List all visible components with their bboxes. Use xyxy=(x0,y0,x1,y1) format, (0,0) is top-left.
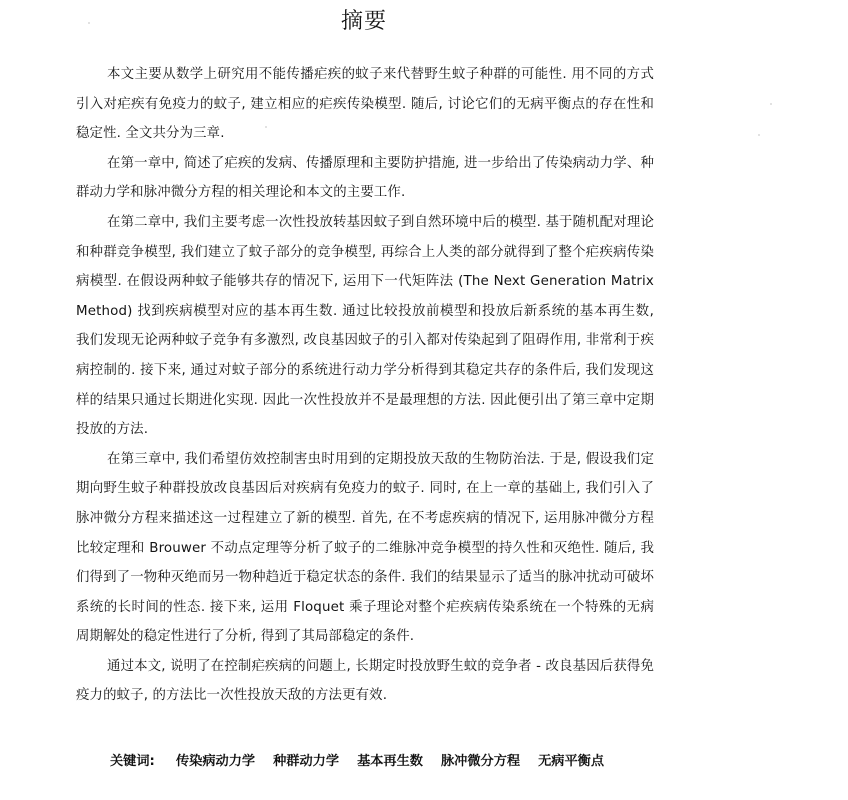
keyword-item: 传染病动力学 xyxy=(176,750,255,769)
abstract-paragraph-intro: 本文主要从数学上研究用不能传播疟疾的蚊子来代替野生蚊子种群的可能性. 用不同的方… xyxy=(76,60,654,149)
abstract-title: 摘要 xyxy=(0,7,728,37)
document-page: 摘要 本文主要从数学上研究用不能传播疟疾的蚊子来代替野生蚊子种群的可能性. 用不… xyxy=(0,0,848,800)
keyword-item: 基本再生数 xyxy=(357,750,423,769)
keyword-item: 无病平衡点 xyxy=(538,750,604,769)
abstract-paragraph-chapter-3: 在第三章中, 我们希望仿效控制害虫时用到的定期投放天敌的生物防治法. 于是, 假… xyxy=(76,445,654,652)
abstract-body: 本文主要从数学上研究用不能传播疟疾的蚊子来代替野生蚊子种群的可能性. 用不同的方… xyxy=(76,60,654,711)
abstract-paragraph-chapter-2: 在第二章中, 我们主要考虑一次性投放转基因蚊子到自然环境中后的模型. 基于随机配… xyxy=(76,208,654,445)
keywords-label: 关键词: xyxy=(110,750,176,769)
scan-speck xyxy=(758,134,760,136)
keyword-item: 脉冲微分方程 xyxy=(441,750,520,769)
scan-speck xyxy=(265,126,267,128)
keywords-line: 关键词: 传染病动力学 种群动力学 基本再生数 脉冲微分方程 无病平衡点 xyxy=(110,746,622,772)
abstract-paragraph-chapter-1: 在第一章中, 简述了疟疾的发病、传播原理和主要防护措施, 进一步给出了传染病动力… xyxy=(76,149,654,208)
scan-speck xyxy=(88,22,90,24)
scan-speck xyxy=(770,103,772,105)
keyword-item: 种群动力学 xyxy=(273,750,339,769)
abstract-paragraph-conclusion: 通过本文, 说明了在控制疟疾病的问题上, 长期定时投放野生蚊的竞争者 - 改良基… xyxy=(76,652,654,711)
